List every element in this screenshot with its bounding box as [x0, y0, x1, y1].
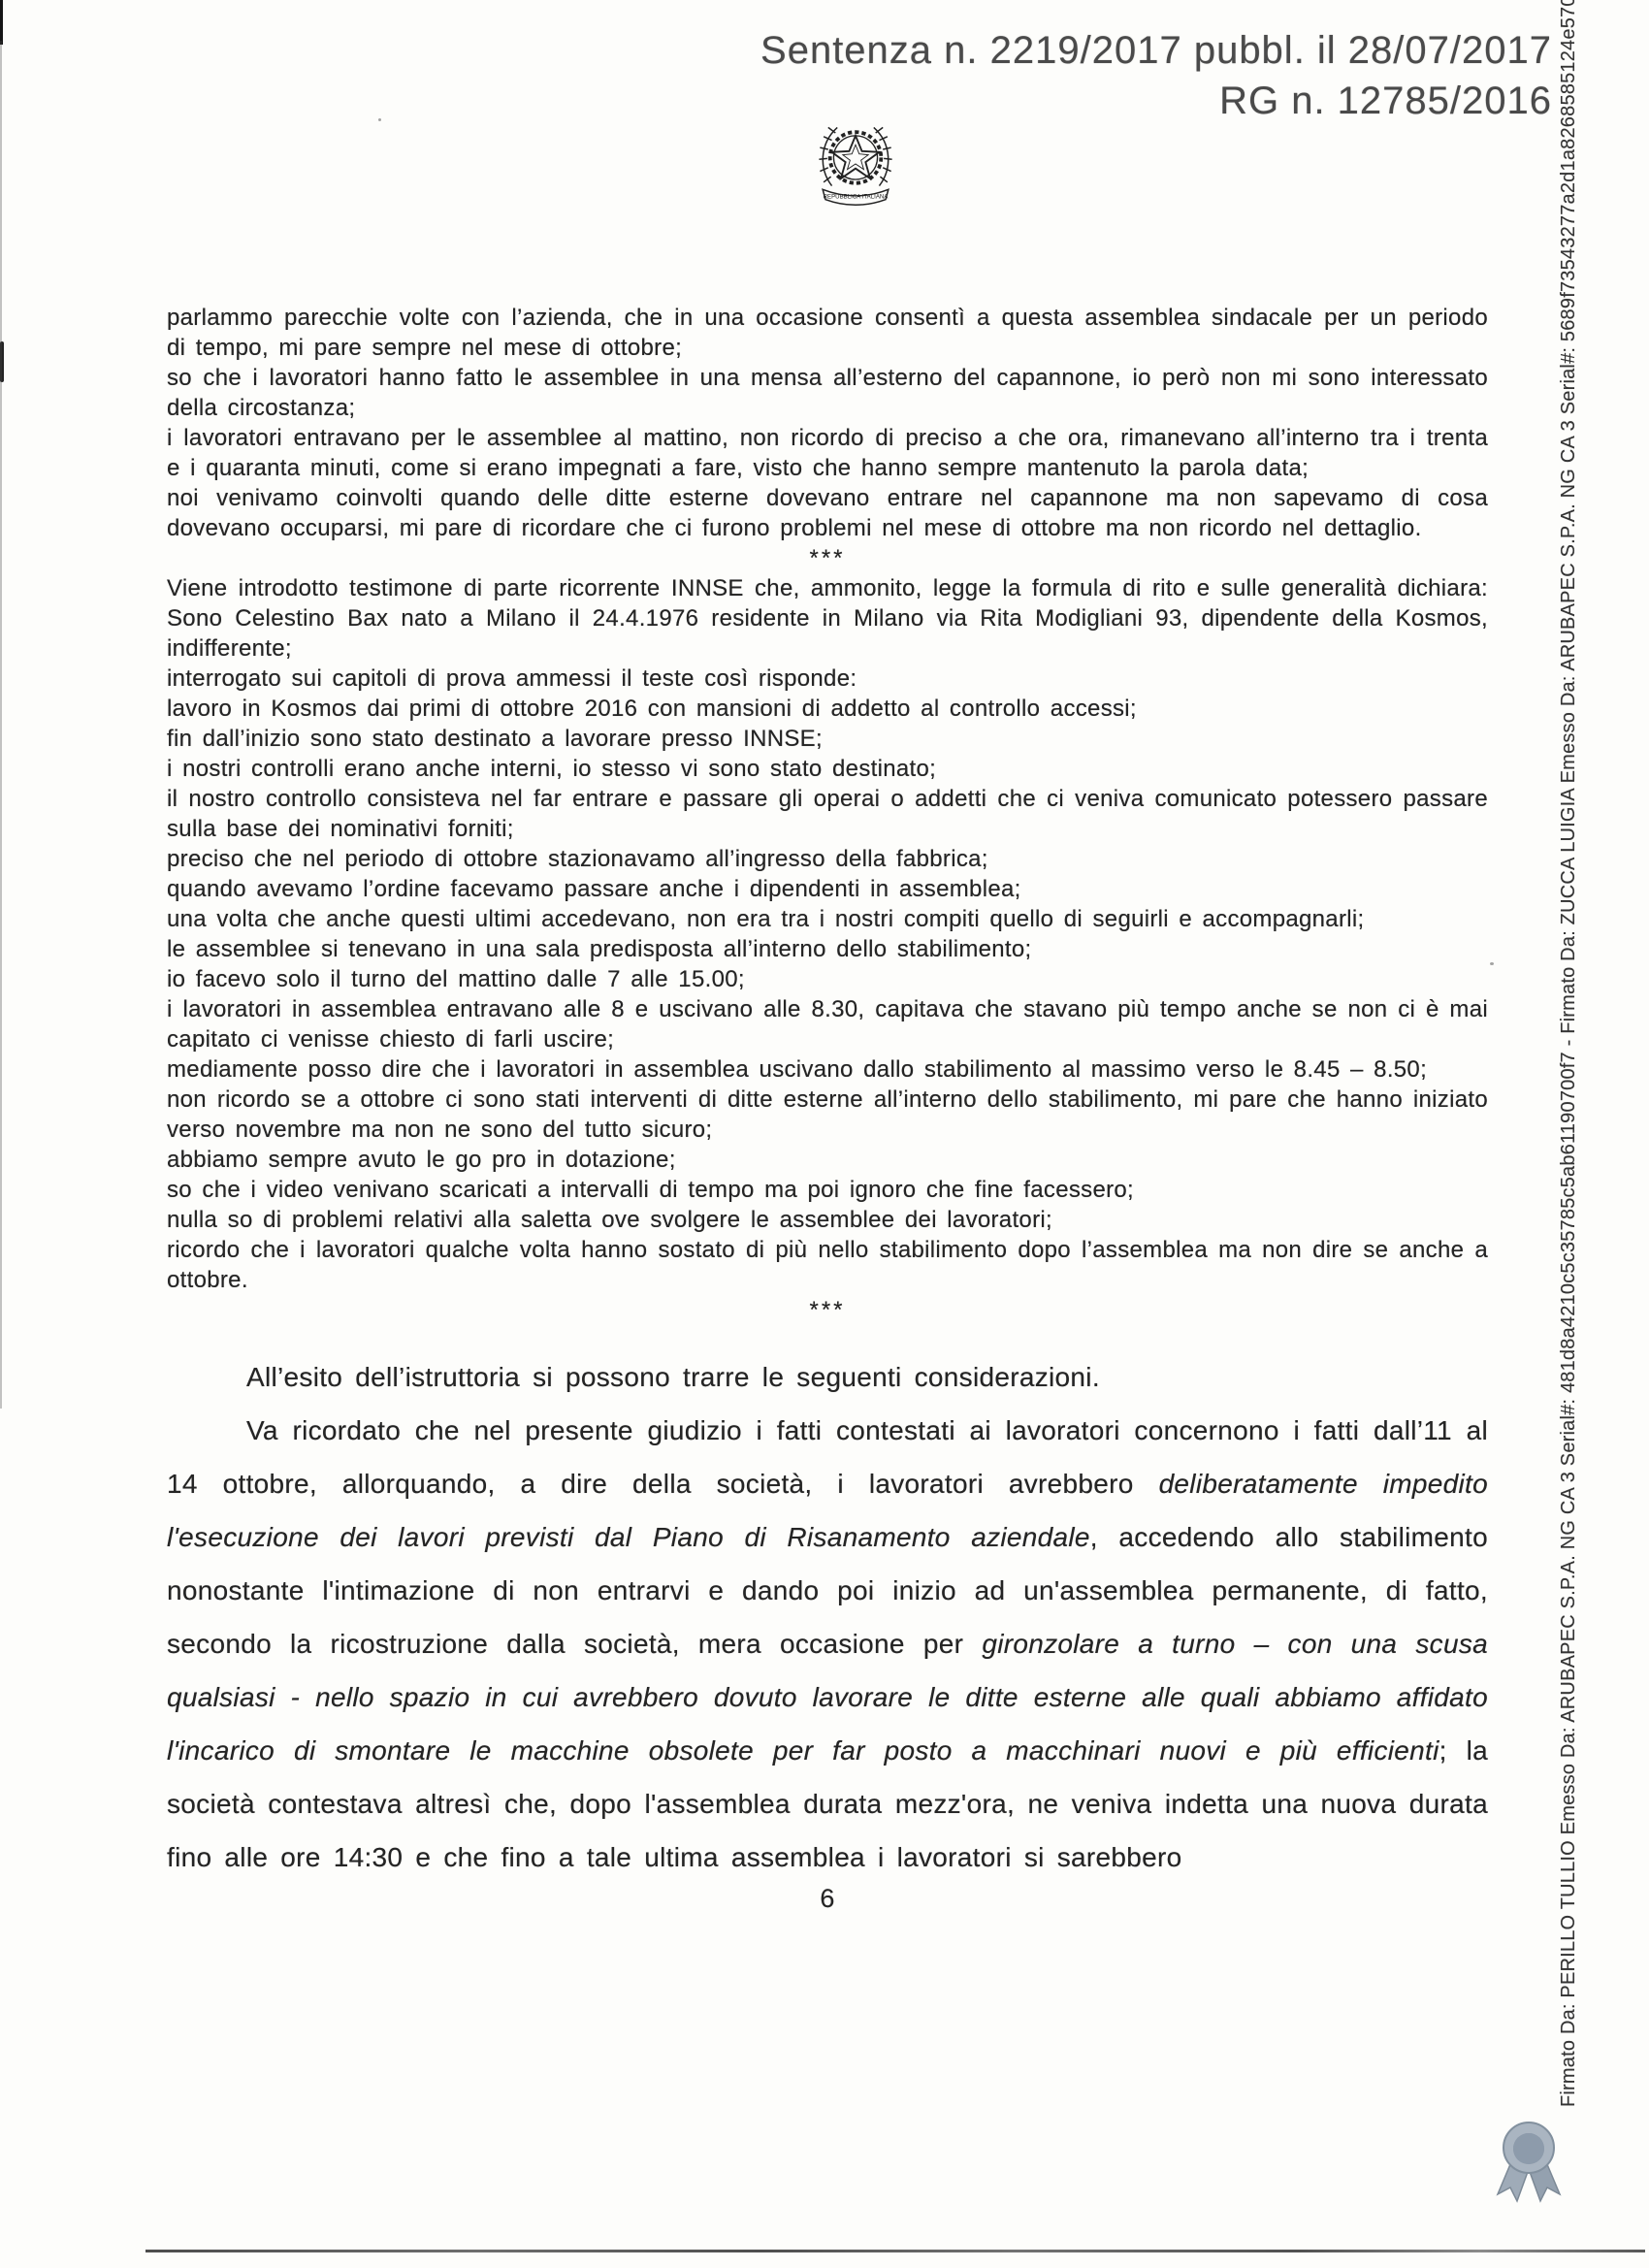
scan-artifact [0, 0, 3, 45]
text-run: ricordo che i lavoratori qualche volta h… [167, 1237, 1488, 1293]
paragraph: io facevo solo il turno del mattino dall… [167, 964, 1488, 994]
document-header: Sentenza n. 2219/2017 pubbl. il 28/07/20… [760, 25, 1552, 126]
text-run: so che i lavoratori hanno fatto le assem… [167, 365, 1488, 421]
paragraph: parlammo parecchie volte con l’azienda, … [167, 303, 1488, 363]
text-run: abbiamo sempre avuto le go pro in dotazi… [167, 1147, 676, 1173]
scan-speck [1490, 962, 1494, 965]
text-run: i lavoratori entravano per le assemblee … [167, 425, 1488, 481]
paragraph: preciso che nel periodo di ottobre stazi… [167, 844, 1488, 874]
paragraph: fin dall’inizio sono stato destinato a l… [167, 724, 1488, 754]
text-run: non ricordo se a ottobre ci sono stati i… [167, 1086, 1488, 1143]
paragraph: i lavoratori entravano per le assemblee … [167, 423, 1488, 483]
considerations-block: All’esito dell’istruttoria si possono tr… [167, 1350, 1488, 1884]
text-run: Viene introdotto testimone di parte rico… [167, 575, 1488, 662]
paragraph: non ricordo se a ottobre ci sono stati i… [167, 1085, 1488, 1145]
seal-ribbon-icon [1494, 2121, 1564, 2204]
paragraph: noi venivamo coinvolti quando delle ditt… [167, 483, 1488, 543]
paragraph: lavoro in Kosmos dai primi di ottobre 20… [167, 694, 1488, 724]
asterisk-separator: *** [167, 1295, 1488, 1325]
text-run: nulla so di problemi relativi alla salet… [167, 1207, 1052, 1233]
text-run: io facevo solo il turno del mattino dall… [167, 966, 745, 992]
text-run: so che i video venivano scaricati a inte… [167, 1177, 1134, 1203]
text-run: lavoro in Kosmos dai primi di ottobre 20… [167, 696, 1137, 722]
paragraph: mediamente posso dire che i lavoratori i… [167, 1054, 1488, 1085]
text-run: parlammo parecchie volte con l’azienda, … [167, 305, 1488, 361]
paragraph: so che i video venivano scaricati a inte… [167, 1175, 1488, 1205]
paragraph: ricordo che i lavoratori qualche volta h… [167, 1235, 1488, 1295]
paragraph: Viene introdotto testimone di parte rico… [167, 573, 1488, 664]
scan-artifact [0, 41, 2, 1409]
paragraph: nulla so di problemi relativi alla salet… [167, 1205, 1488, 1235]
text-run: noi venivamo coinvolti quando delle ditt… [167, 485, 1488, 541]
paragraph: All’esito dell’istruttoria si possono tr… [167, 1350, 1488, 1404]
text-run: una volta che anche questi ultimi accede… [167, 906, 1364, 932]
text-run: le assemblee si tenevano in una sala pre… [167, 936, 1032, 962]
paragraph: interrogato sui capitoli di prova ammess… [167, 664, 1488, 694]
testimony-block-1: parlammo parecchie volte con l’azienda, … [167, 303, 1488, 543]
page-number: 6 [167, 1884, 1488, 1914]
sentence-number-line: Sentenza n. 2219/2017 pubbl. il 28/07/20… [760, 25, 1552, 76]
text-run: mediamente posso dire che i lavoratori i… [167, 1056, 1427, 1083]
scan-speck [378, 118, 381, 121]
asterisk-separator: *** [167, 543, 1488, 573]
paragraph: Va ricordato che nel presente giudizio i… [167, 1404, 1488, 1884]
digital-signature-sidebar: Firmato Da: PERILLO TULLIO Emesso Da: AR… [1558, 140, 1580, 2107]
republic-emblem-icon: REPUBBLICA ITALIANA [810, 114, 901, 213]
text-run: fin dall’inizio sono stato destinato a l… [167, 726, 823, 752]
text-run: i nostri controlli erano anche interni, … [167, 756, 936, 782]
text-run: interrogato sui capitoli di prova ammess… [167, 665, 857, 692]
paragraph: il nostro controllo consisteva nel far e… [167, 784, 1488, 844]
paragraph: i lavoratori in assemblea entravano alle… [167, 994, 1488, 1054]
testimony-block-2: Viene introdotto testimone di parte rico… [167, 573, 1488, 1295]
text-run: il nostro controllo consisteva nel far e… [167, 786, 1488, 842]
text-run: i lavoratori in assemblea entravano alle… [167, 996, 1488, 1053]
paragraph: una volta che anche questi ultimi accede… [167, 904, 1488, 934]
scan-edge-line [145, 2250, 1645, 2252]
text-run: quando avevamo l’ordine facevamo passare… [167, 876, 1021, 902]
judgment-body: parlammo parecchie volte con l’azienda, … [167, 303, 1488, 1914]
paragraph: quando avevamo l’ordine facevamo passare… [167, 874, 1488, 904]
text-run: All’esito dell’istruttoria si possono tr… [246, 1362, 1100, 1392]
paragraph: so che i lavoratori hanno fatto le assem… [167, 363, 1488, 423]
scanned-judgment-page: Sentenza n. 2219/2017 pubbl. il 28/07/20… [0, 0, 1649, 2268]
emblem-banner-text: REPUBBLICA ITALIANA [824, 194, 889, 201]
paragraph: abbiamo sempre avuto le go pro in dotazi… [167, 1145, 1488, 1175]
paragraph: i nostri controlli erano anche interni, … [167, 754, 1488, 784]
paragraph: le assemblee si tenevano in una sala pre… [167, 934, 1488, 964]
text-run: preciso che nel periodo di ottobre stazi… [167, 846, 988, 872]
